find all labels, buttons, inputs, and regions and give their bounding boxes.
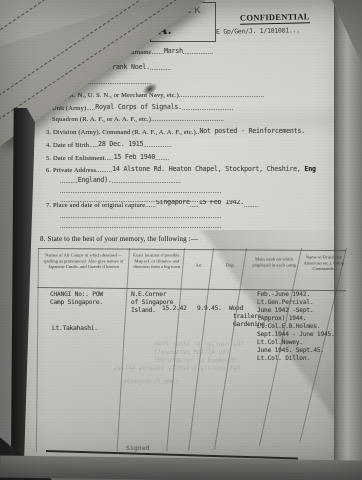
typed-address-country: England). [78, 176, 112, 184]
form-line-capture: 7. Place and date of original capture...… [46, 200, 342, 210]
commander-line: Lt.Col. Dillon. [257, 355, 335, 363]
form-section-8-heading: 8. State to the best of your memory, the… [40, 234, 330, 244]
cell-arrival-date: 15.2.42 [162, 305, 187, 313]
printed-label: 8. State to the best of your memory, the… [40, 235, 198, 243]
cell-camp-commanders: Feb.-June 1942. Lt.Gen.Percival. June 19… [257, 291, 335, 363]
col-header-dep: Dep. [216, 263, 245, 269]
bleedthrough-text: Camp Propaganda. [120, 378, 178, 385]
commander-line: Feb.-June 1942. [257, 291, 335, 299]
bleedthrough-text: (By Allied personnel). [150, 349, 229, 356]
form-line-date-of-enlistment: 5. Date of Enlistment.....15 Feb 1940...… [46, 153, 246, 163]
printed-dots: ....................................... [112, 178, 181, 185]
col-header-camps: Names of All Camps in which detained—spe… [41, 253, 126, 271]
commander-line: June 1942 -Sept. [257, 307, 335, 315]
photo-scene: 164234 BLOCK No A. CONFIDENTIAL E Gp/Gen… [0, 0, 362, 480]
camp-line: Camp Singapore. [50, 299, 103, 307]
bleedthrough-text: Nationality friendly towards Allies. [110, 365, 240, 372]
location-line: N.E.Corner [131, 291, 173, 299]
cell-departure-date: 9.9.45. [197, 305, 222, 313]
printed-dots: .......... [60, 178, 78, 185]
printed-dots: ..... [190, 202, 199, 209]
commander-line: Lt.Col.E.B.Holmes. [257, 323, 335, 331]
col-header-commander: Name of British (or American etc.), Camp… [303, 255, 345, 273]
camp-line: CHANGI No:. POW [50, 291, 103, 299]
typed-capture-place: Singapore [156, 200, 190, 206]
col-header-location: Exact location if possible. Map ref. or … [132, 253, 182, 271]
photo-bottom-strip [0, 455, 362, 480]
printed-dots: ........ [244, 202, 258, 209]
typed-command: Not posted - Reinforcements. [199, 127, 305, 135]
printed-dots: ........................................… [60, 213, 222, 220]
dotted-rule: ........................................… [60, 212, 341, 222]
commander-line: (Approx) 1944. [257, 315, 335, 323]
cell-camp-name: CHANGI No:. POW Camp Singapore. [50, 291, 103, 307]
typed-address: 14 Alstone Rd. Heaton Chapel, Stockport,… [112, 165, 304, 173]
bleedthrough-text: (Escaped or recaptured). [150, 357, 237, 364]
printed-label: 6. Private Address......... [46, 167, 112, 174]
typed-address-smudge: Eng [304, 165, 315, 173]
confidential-heading: CONFIDENTIAL [240, 11, 310, 24]
dotted-rule: ........................................… [60, 222, 341, 232]
bleedthrough-text: (By courier or other PoW). [150, 341, 244, 348]
col-header-work: Main work on which employed in each camp [249, 257, 299, 269]
cell-japanese-guard: Lt.Takahashi. [52, 325, 98, 333]
commander-line: June 1945. Sept.45. [257, 347, 335, 355]
col-header-arr: Arr. [186, 263, 212, 269]
form-line-private-address: 6. Private Address.........14 Alstone Rd… [46, 165, 342, 175]
printed-dots: ........................................… [60, 188, 222, 195]
typed-capture-date: 15 Feb 1942. [199, 200, 244, 206]
typed-date-of-enlistment: 15 Feb 1940 [114, 153, 155, 161]
commander-line: Lt.Col.Newey. [257, 339, 335, 347]
page-right-curl-edge [334, 0, 362, 480]
footer-signed-ghost: Signed [126, 444, 149, 452]
commander-line: Lt.Gen.Percival. [257, 299, 335, 307]
printed-label: 7. Place and date of original capture...… [46, 202, 156, 209]
commander-line: Sept.1944 - June 1945. [257, 331, 335, 339]
form-line-address-continued: ..........England)......................… [60, 176, 340, 186]
file-reference: E Gp/Gen/J. 1/101081... [216, 26, 300, 35]
printed-dots: ........................................… [60, 223, 222, 230]
printed-dots: ........ [155, 155, 169, 162]
printed-label: 5. Date of Enlistment..... [46, 155, 114, 162]
